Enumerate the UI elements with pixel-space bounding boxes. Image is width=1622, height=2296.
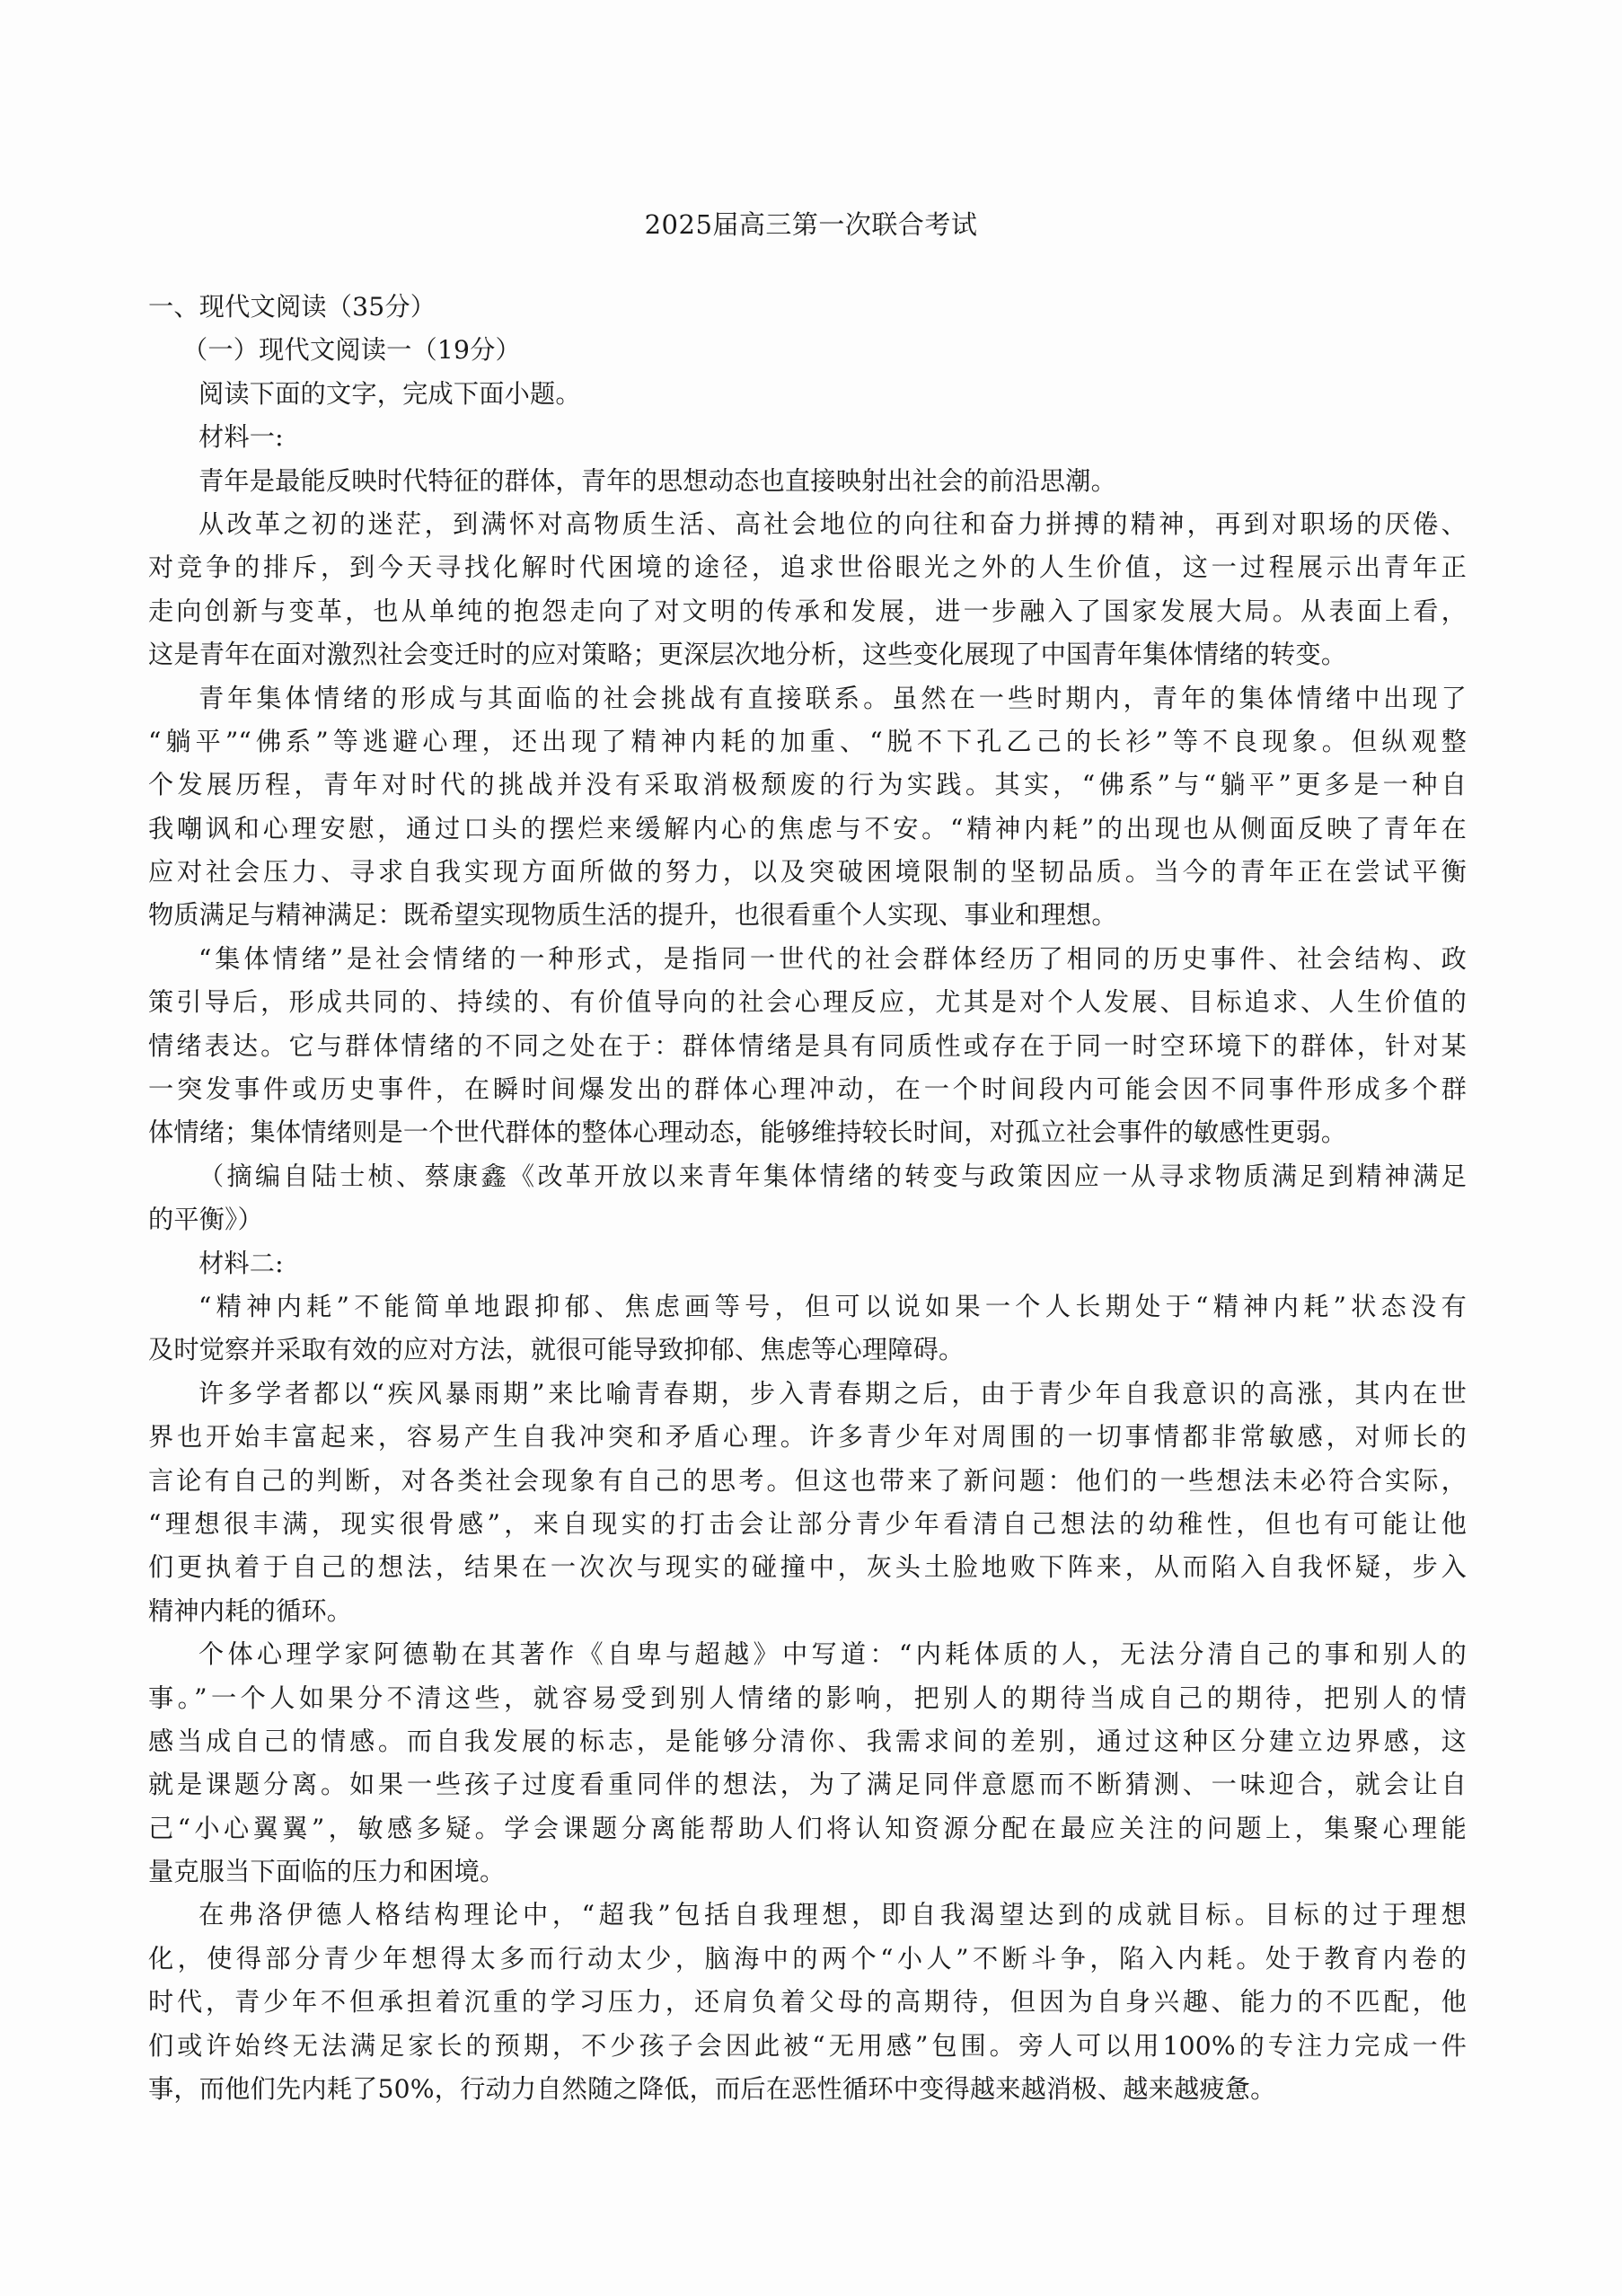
paragraph-line: 及时觉察并采取有效的应对方法，就很可能导致抑郁、焦虑等心理障碍。: [148, 1329, 1467, 1372]
paragraph-line: “理想很丰满，现实很骨感”，来自现实的打击会让部分青少年看清自己想法的幼稚性，但…: [148, 1503, 1467, 1546]
paragraph-line: 己“小心翼翼”，敏感多疑。学会课题分离能帮助人们将认知资源分配在最应关注的问题上…: [148, 1807, 1467, 1850]
paragraph-line: 的平衡》）: [148, 1198, 1467, 1241]
paragraph-line: 界也开始丰富起来，容易产生自我冲突和矛盾心理。许多青少年对周围的一切事情都非常敏…: [148, 1416, 1467, 1459]
paragraph-line: 这是青年在面对激烈社会变迁时的应对策略；更深层次地分析，这些变化展现了中国青年集…: [148, 633, 1467, 676]
paragraph-line: 走向创新与变革，也从单纯的抱怨走向了对文明的传承和发展，进一步融入了国家发展大局…: [148, 590, 1467, 633]
paragraph-line: 青年是最能反映时代特征的群体，青年的思想动态也直接映射出社会的前沿思潮。: [148, 460, 1467, 503]
paragraph-line: “躺平”“佛系”等逃避心理，还出现了精神内耗的加重、“脱不下孔乙己的长衫”等不良…: [148, 720, 1467, 764]
paragraph-line: 精神内耗的循环。: [148, 1590, 1467, 1633]
paragraph-line: 体情绪；集体情绪则是一个世代群体的整体心理动态，能够维持较长时间，对孤立社会事件…: [148, 1111, 1467, 1154]
paragraph-line: 个体心理学家阿德勒在其著作《自卑与超越》中写道：“内耗体质的人，无法分清自己的事…: [148, 1633, 1467, 1676]
paragraph-line: 个发展历程，青年对时代的挑战并没有采取消极颓废的行为实践。其实，“佛系”与“躺平…: [148, 764, 1467, 807]
paragraph-line: 们更执着于自己的想法，结果在一次次与现实的碰撞中，灰头土脸地败下阵来，从而陷入自…: [148, 1546, 1467, 1589]
paragraph-line: 青年集体情绪的形成与其面临的社会挑战有直接联系。虽然在一些时期内，青年的集体情绪…: [148, 677, 1467, 720]
section-heading: 一、现代文阅读（35分）: [148, 286, 1467, 329]
paragraph-line: 时代，青少年不但承担着沉重的学习压力，还肩负着父母的高期待，但因为自身兴趣、能力…: [148, 1981, 1467, 2024]
paragraph-line: 一突发事件或历史事件，在瞬时间爆发出的群体心理冲动，在一个时间段内可能会因不同事…: [148, 1068, 1467, 1111]
paragraph-line: 化，使得部分青少年想得太多而行动太少，脑海中的两个“小人”不断斗争，陷入内耗。处…: [148, 1938, 1467, 1981]
material-2-label: 材料二:: [148, 1242, 1467, 1285]
paragraph-line: 事。”一个人如果分不清这些，就容易受到别人情绪的影响，把别人的期待当成自己的期待…: [148, 1677, 1467, 1720]
paragraph-line: 我嘲讽和心理安慰，通过口头的摆烂来缓解内心的焦虑与不安。“精神内耗”的出现也从侧…: [148, 808, 1467, 851]
material-2-text: “精神内耗”不能简单地跟抑郁、焦虑画等号，但可以说如果一个人长期处于“精神内耗”…: [148, 1285, 1467, 2111]
paragraph-line: 在弗洛伊德人格结构理论中，“超我”包括自我理想，即自我渴望达到的成就目标。目标的…: [148, 1894, 1467, 1937]
paragraph-line: 许多学者都以“疾风暴雨期”来比喻青春期，步入青春期之后，由于青少年自我意识的高涨…: [148, 1373, 1467, 1416]
paragraph-line: 们或许始终无法满足家长的预期，不少孩子会因此被“无用感”包围。旁人可以用100%…: [148, 2025, 1467, 2068]
instruction-text: 阅读下面的文字，完成下面小题。: [148, 373, 1467, 416]
paragraph-line: 就是课题分离。如果一些孩子过度看重同伴的想法，为了满足同伴意愿而不断猜测、一味迎…: [148, 1763, 1467, 1806]
material-1-text: 青年是最能反映时代特征的群体，青年的思想动态也直接映射出社会的前沿思潮。从改革之…: [148, 460, 1467, 1242]
paragraph-line: “集体情绪”是社会情绪的一种形式，是指同一世代的社会群体经历了相同的历史事件、社…: [148, 938, 1467, 981]
paragraph-line: 物质满足与精神满足：既希望实现物质生活的提升，也很看重个人实现、事业和理想。: [148, 894, 1467, 937]
paragraph-line: 事，而他们先内耗了50%，行动力自然随之降低，而后在恶性循环中变得越来越消极、越…: [148, 2068, 1467, 2111]
material-1-label: 材料一:: [148, 416, 1467, 459]
paragraph-line: 策引导后，形成共同的、持续的、有价值导向的社会心理反应，尤其是对个人发展、目标追…: [148, 981, 1467, 1024]
paragraph-line: （摘编自陆士桢、蔡康鑫《改革开放以来青年集体情绪的转变与政策因应一从寻求物质满足…: [148, 1155, 1467, 1198]
paragraph-line: “精神内耗”不能简单地跟抑郁、焦虑画等号，但可以说如果一个人长期处于“精神内耗”…: [148, 1285, 1467, 1329]
paragraph-line: 情绪表达。它与群体情绪的不同之处在于：群体情绪是具有同质性或存在于同一时空环境下…: [148, 1025, 1467, 1068]
paragraph-line: 感当成自己的情感。而自我发展的标志，是能够分清你、我需求间的差别，通过这种区分建…: [148, 1720, 1467, 1763]
reading-section: 一、现代文阅读（35分） （一）现代文阅读一（19分） 阅读下面的文字，完成下面…: [148, 286, 1467, 2111]
exam-title: 2025届高三第一次联合考试: [0, 207, 1622, 243]
exam-page: 2025届高三第一次联合考试 一、现代文阅读（35分） （一）现代文阅读一（19…: [0, 0, 1622, 2296]
paragraph-line: 言论有自己的判断，对各类社会现象有自己的思考。但这也带来了新问题：他们的一些想法…: [148, 1460, 1467, 1503]
paragraph-line: 从改革之初的迷茫，到满怀对高物质生活、高社会地位的向往和奋力拼搏的精神，再到对职…: [148, 503, 1467, 546]
paragraph-line: 量克服当下面临的压力和困境。: [148, 1850, 1467, 1894]
subsection-heading: （一）现代文阅读一（19分）: [148, 329, 1467, 372]
paragraph-line: 应对社会压力、寻求自我实现方面所做的努力，以及突破困境限制的坚韧品质。当今的青年…: [148, 851, 1467, 894]
paragraph-line: 对竞争的排斥，到今天寻找化解时代困境的途径，追求世俗眼光之外的人生价值，这一过程…: [148, 546, 1467, 589]
